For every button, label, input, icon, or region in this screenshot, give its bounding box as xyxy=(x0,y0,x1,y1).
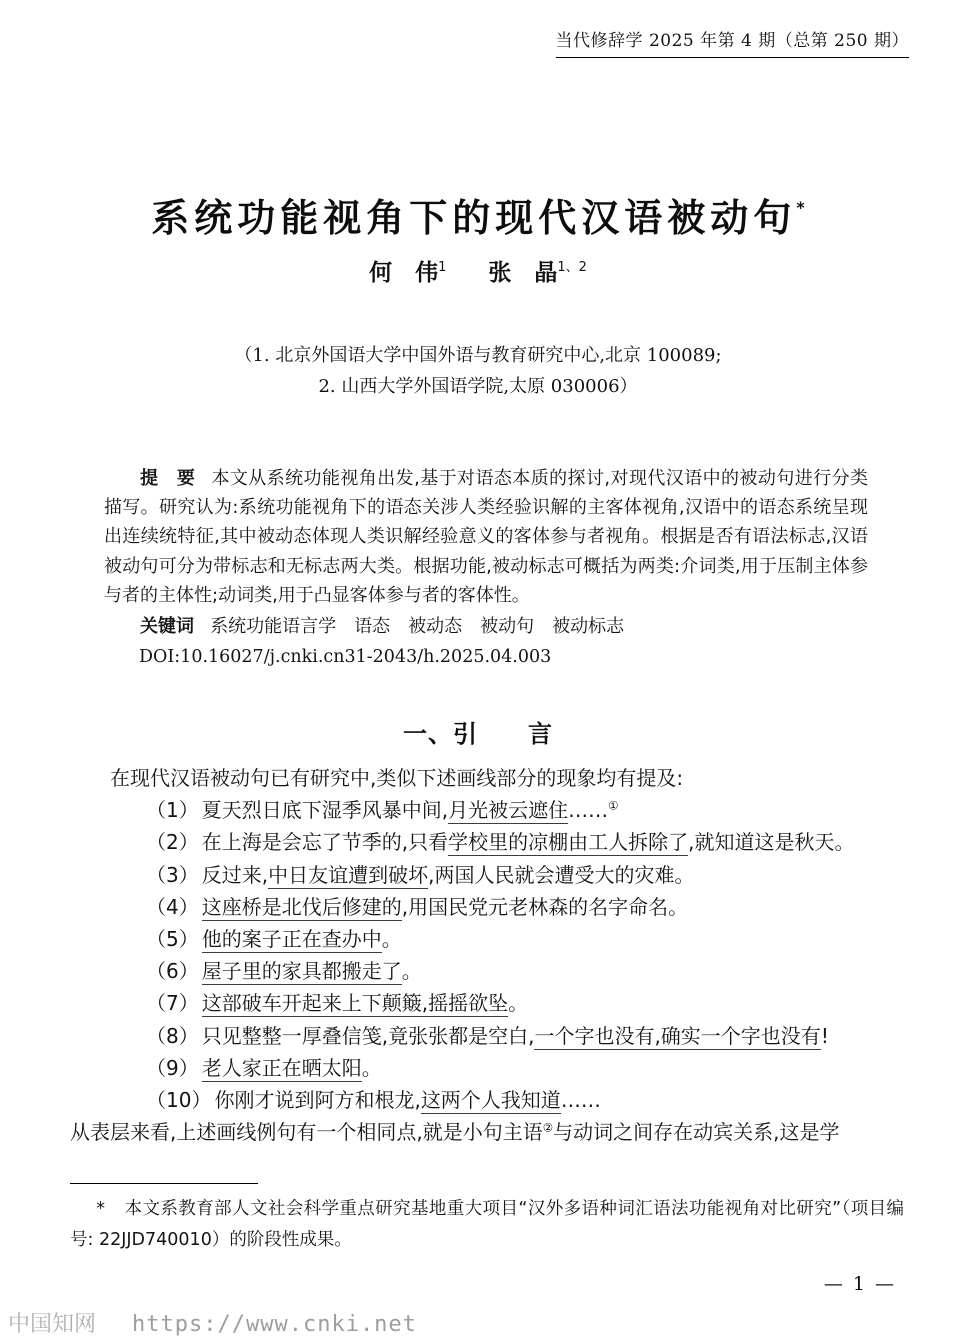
abstract-paragraph: 提 要本文从系统功能视角出发,基于对语态本质的探讨,对现代汉语中的被动句进行分类… xyxy=(104,464,868,610)
text-segment: 。 xyxy=(382,927,402,951)
keywords-label: 关键词 xyxy=(140,616,194,637)
cnki-watermark: 中国知网https://www.cnki.net xyxy=(8,1307,417,1338)
text-segment: 只见整整一厚叠信笺,竟张张都是空白, xyxy=(202,1024,535,1048)
text-segment: ,用国民党元老林森的名字命名。 xyxy=(402,895,688,919)
example-item: （3）反过来,中日友谊遭到破坏,两国人民就会遭受大的灾难。 xyxy=(70,859,894,891)
text-segment: 与动词之间存在动宾关系,这是学 xyxy=(553,1120,839,1144)
example-item: （5）他的案子正在查办中。 xyxy=(70,923,894,955)
affiliation-line: （1. 北京外国语大学中国外语与教育研究中心,北京 100089; xyxy=(0,340,956,371)
author-affiliation-superscript: 1、2 xyxy=(557,260,587,275)
superscript-note-ref: ① xyxy=(608,799,618,813)
example-number: （6） xyxy=(146,959,199,983)
example-item: （1）夏天烈日底下湿季风暴中间,月光被云遮住……① xyxy=(70,794,894,826)
example-number: （4） xyxy=(146,895,199,919)
example-number: （8） xyxy=(146,1024,199,1048)
authors-line: 何 伟1张 晶1、2 xyxy=(0,254,956,287)
affiliation-line: 2. 山西大学外国语学院,太原 030006） xyxy=(0,371,956,402)
underlined-text: 这两个人我知道 xyxy=(421,1088,561,1114)
cnki-site-name: 中国知网 xyxy=(8,1312,96,1337)
example-item: （7）这部破车开起来上下颠簸,摇摇欲坠。 xyxy=(70,987,894,1019)
footnote-divider xyxy=(70,1183,258,1184)
text-segment: ,两国人民就会遭受大的灾难。 xyxy=(428,863,694,887)
example-number: （2） xyxy=(146,830,199,854)
title-footnote-mark: * xyxy=(796,198,804,217)
example-item: （2）在上海是会忘了节季的,只看学校里的凉棚由工人拆除了,就知道这是秋天。 xyxy=(70,826,894,858)
underlined-text: 这座桥是北伐后修建的 xyxy=(202,895,402,921)
article-title-text: 系统功能视角下的现代汉语被动句 xyxy=(151,196,796,240)
keywords-line: 关键词系统功能语言学 语态 被动态 被动句 被动标志 xyxy=(104,612,868,641)
footnote-mark: * xyxy=(96,1199,105,1219)
body-text: 在现代汉语被动句已有研究中,类似下述画线部分的现象均有提及: （1）夏天烈日底下… xyxy=(70,762,894,1148)
underlined-text: 学校里的凉棚由工人拆除了 xyxy=(448,830,688,856)
underlined-text: 屋子里的家具都搬走了 xyxy=(202,959,402,985)
text-segment: 夏天烈日底下湿季风暴中间, xyxy=(202,798,448,822)
superscript-note-ref: ② xyxy=(543,1121,553,1135)
example-item: （6）屋子里的家具都搬走了。 xyxy=(70,955,894,987)
page-number: — 1 — xyxy=(824,1273,896,1295)
example-item: （10）你刚才说到阿方和根龙,这两个人我知道…… xyxy=(70,1084,894,1116)
example-number: （10） xyxy=(146,1088,211,1112)
section-heading: 一、引 言 xyxy=(0,714,956,749)
text-segment: 。 xyxy=(508,991,528,1015)
closing-paragraph: 从表层来看,上述画线例句有一个相同点,就是小句主语②与动词之间存在动宾关系,这是… xyxy=(70,1116,894,1148)
text-segment: 反过来, xyxy=(202,863,268,887)
abstract-block: 提 要本文从系统功能视角出发,基于对语态本质的探讨,对现代汉语中的被动句进行分类… xyxy=(104,464,868,672)
underlined-text: 这部破车开起来上下颠簸,摇摇欲坠 xyxy=(202,991,508,1017)
footnote-paragraph: *本文系教育部人文社会科学重点研究基地重大项目“汉外多语种词汇语法功能视角对比研… xyxy=(70,1194,904,1255)
text-segment: 你刚才说到阿方和根龙, xyxy=(214,1088,420,1112)
text-segment: 。 xyxy=(362,1056,382,1080)
example-number: （7） xyxy=(146,991,199,1015)
example-number: （3） xyxy=(146,863,199,887)
abstract-label: 提 要 xyxy=(140,468,195,489)
underlined-text: 他的案子正在查办中 xyxy=(202,927,382,953)
underlined-text: 月光被云遮住 xyxy=(448,798,568,824)
example-number: （5） xyxy=(146,927,199,951)
keywords-text: 系统功能语言学 语态 被动态 被动句 被动标志 xyxy=(210,616,624,637)
author-name: 何 伟1 xyxy=(369,260,446,286)
paper-page: 当代修辞学 2025 年第 4 期（总第 250 期） 系统功能视角下的现代汉语… xyxy=(0,0,956,1342)
intro-paragraph: 在现代汉语被动句已有研究中,类似下述画线部分的现象均有提及: xyxy=(70,762,894,794)
affiliations: （1. 北京外国语大学中国外语与教育研究中心,北京 100089;2. 山西大学… xyxy=(0,340,956,402)
text-segment: …… xyxy=(561,1088,601,1112)
text-segment: ! xyxy=(821,1024,829,1048)
author-name: 张 晶1、2 xyxy=(488,260,587,286)
example-item: （4）这座桥是北伐后修建的,用国民党元老林森的名字命名。 xyxy=(70,891,894,923)
footnote: *本文系教育部人文社会科学重点研究基地重大项目“汉外多语种词汇语法功能视角对比研… xyxy=(70,1194,904,1255)
text-segment: 在上海是会忘了节季的,只看 xyxy=(202,830,448,854)
abstract-text: 本文从系统功能视角出发,基于对语态本质的探讨,对现代汉语中的被动句进行分类描写。… xyxy=(104,468,868,606)
underlined-text: 中日友谊遭到破坏 xyxy=(268,863,428,889)
cnki-url: https://www.cnki.net xyxy=(132,1312,417,1337)
author-affiliation-superscript: 1 xyxy=(438,260,446,275)
example-number: （9） xyxy=(146,1056,199,1080)
example-number: （1） xyxy=(146,798,199,822)
article-title: 系统功能视角下的现代汉语被动句* xyxy=(0,187,956,242)
example-item: （8）只见整整一厚叠信笺,竟张张都是空白,一个字也没有,确实一个字也没有! xyxy=(70,1020,894,1052)
doi-text: DOI:10.16027/j.cnki.cn31-2043/h.2025.04.… xyxy=(104,643,868,672)
footnote-text: 本文系教育部人文社会科学重点研究基地重大项目“汉外多语种词汇语法功能视角对比研究… xyxy=(70,1199,904,1250)
text-segment: 从表层来看,上述画线例句有一个相同点,就是小句主语 xyxy=(70,1120,543,1144)
example-item: （9）老人家正在晒太阳。 xyxy=(70,1052,894,1084)
examples-list: （1）夏天烈日底下湿季风暴中间,月光被云遮住……①（2）在上海是会忘了节季的,只… xyxy=(70,794,894,1116)
underlined-text: 一个字也没有,确实一个字也没有 xyxy=(534,1024,820,1050)
underlined-text: 老人家正在晒太阳 xyxy=(202,1056,362,1082)
text-segment: ,就知道这是秋天。 xyxy=(688,830,854,854)
text-segment: 。 xyxy=(402,959,422,983)
text-segment: …… xyxy=(568,798,608,822)
journal-header: 当代修辞学 2025 年第 4 期（总第 250 期） xyxy=(556,26,909,58)
